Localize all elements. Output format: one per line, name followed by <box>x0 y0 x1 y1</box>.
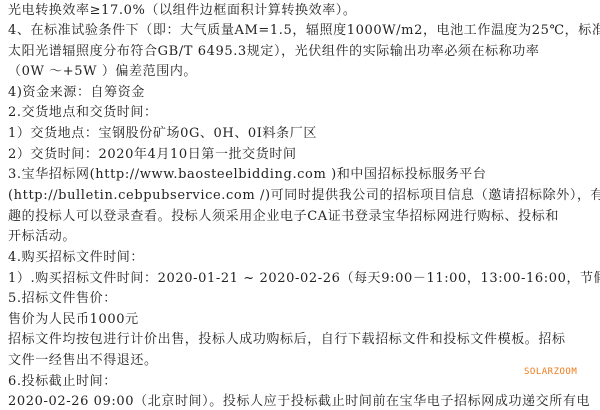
doc-line: 光电转换效率≥17.0%（以组件边框面积计算转换效率）。 <box>8 2 357 20</box>
doc-line: 文件一经售出不得退还。 <box>8 352 158 370</box>
doc-line: 2）交货时间：2020年4月10日第一批交货时间 <box>8 146 297 164</box>
solarzoom-watermark: SOLARZOOM <box>524 367 577 377</box>
doc-line: 招标文件均按包进行计价出售，投标人成功购标后，自行下载招标文件和投标文件模板。招… <box>8 331 566 349</box>
doc-line: 4)资金来源：自筹资金 <box>8 84 145 102</box>
doc-line: 3.宝华招标网(http://www.baosteelbidding.com )… <box>8 166 486 184</box>
doc-line: (http://bulletin.cebpubservice.com /)可同时… <box>8 187 600 205</box>
doc-line: 2.交货地点和交货时间： <box>8 104 158 122</box>
doc-line: 2020-02-26 09:00（北京时间）。投标人应于投标截止时间前在宝华电子… <box>8 393 590 410</box>
doc-line: 开标活动。 <box>8 228 76 246</box>
doc-line: 售价为人民币1000元 <box>8 311 139 329</box>
doc-line: 1）.购买招标文件时间：2020-01-21 ~ 2020-02-26（每天9:… <box>8 270 600 288</box>
doc-line: 1）交货地点：宝钢股份矿场0G、0H、0I料条厂区 <box>8 125 317 143</box>
doc-line: 4.购买招标文件时间： <box>8 249 144 267</box>
doc-line: 6.投标截止时间： <box>8 373 117 391</box>
doc-line: 太阳光谱辐照度分布符合GB/T 6495.3规定），光伏组件的实际输出功率必须在… <box>8 43 540 61</box>
doc-line: 5.招标文件售价： <box>8 290 117 308</box>
doc-line: 趣的投标人可以登录查看。投标人须采用企业电子CA证书登录宝华招标网进行购标、投标… <box>8 208 559 226</box>
doc-line: （0W ～+5W ）偏差范围内。 <box>8 63 197 81</box>
doc-line: 4、在标准试验条件下（即：大气质量AM=1.5，辐照度1000W/m2，电池工作… <box>8 22 600 40</box>
